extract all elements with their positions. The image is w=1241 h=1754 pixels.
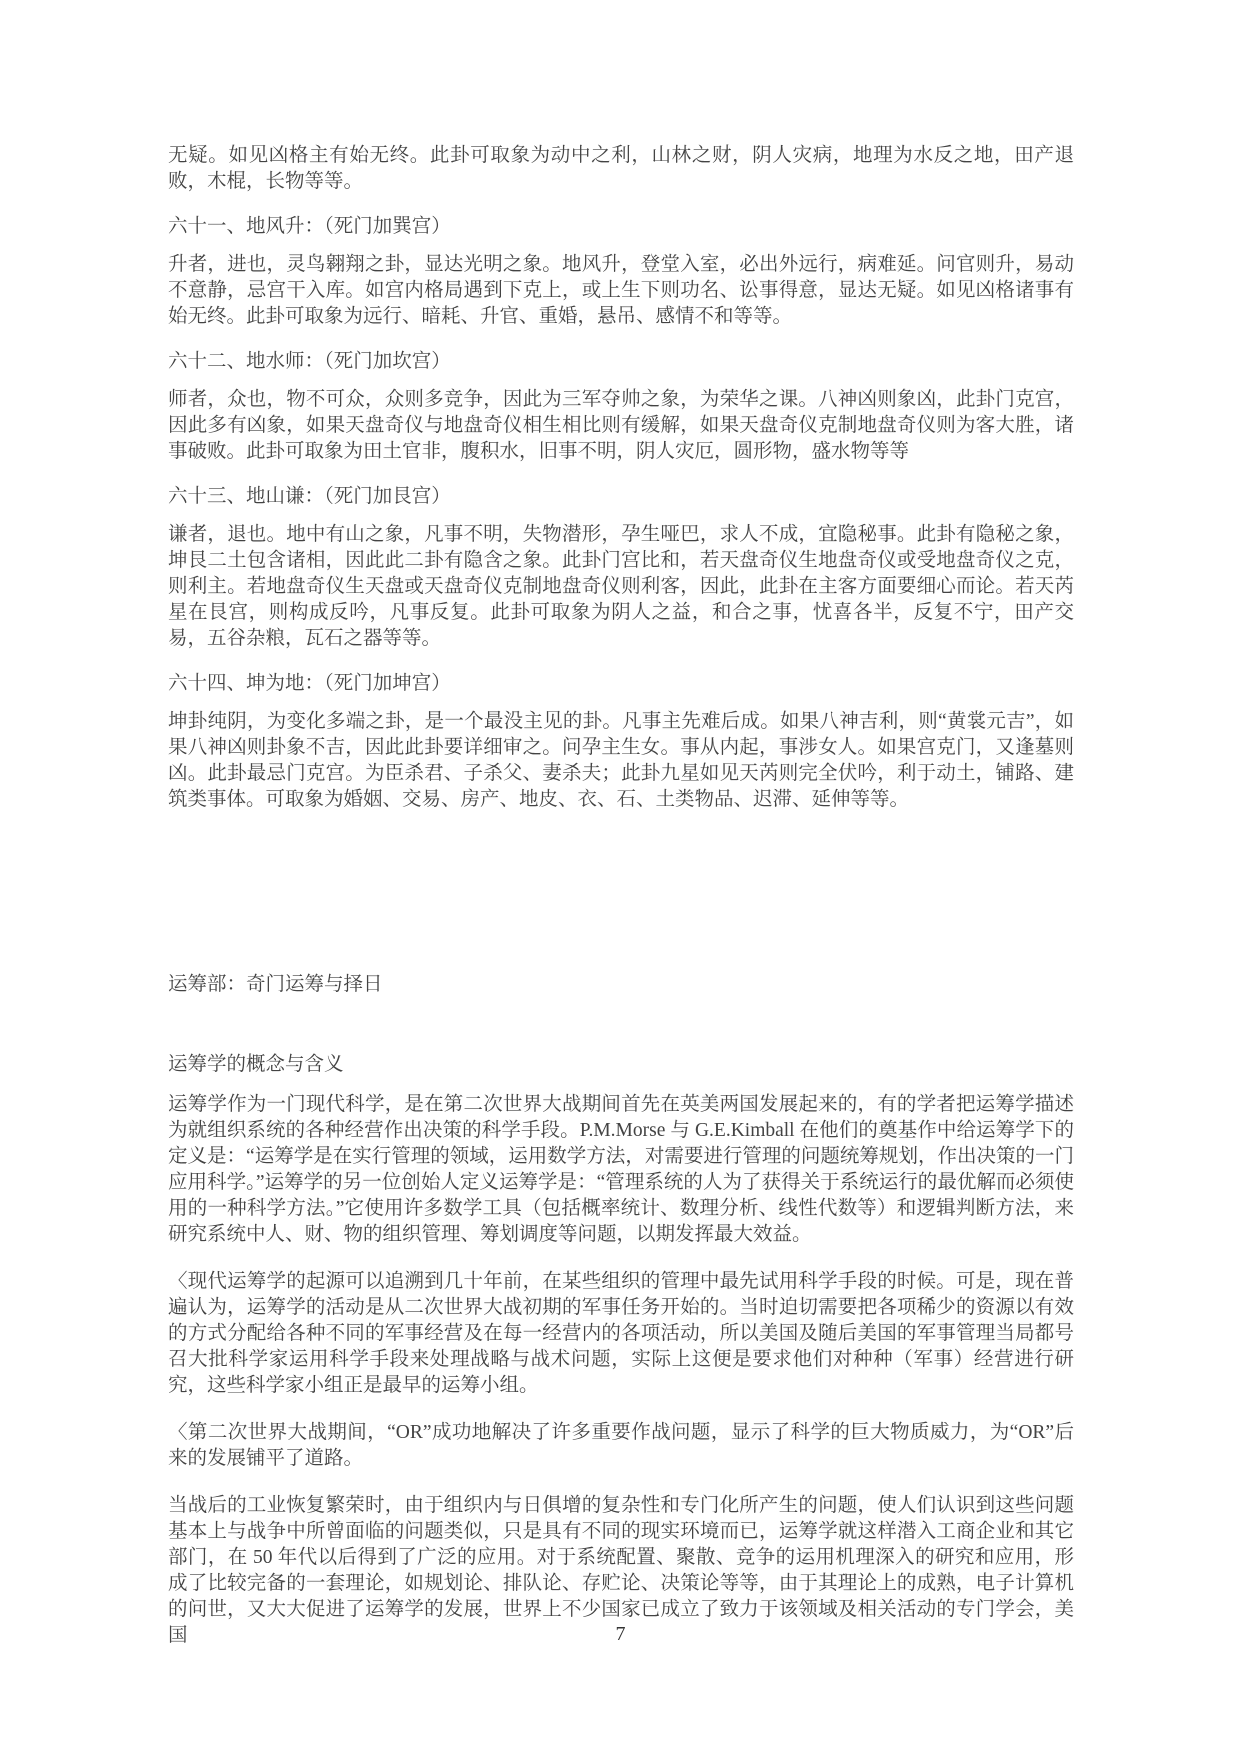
entry-heading-63: 六十三、地山谦：（死门加艮宫）	[168, 484, 1074, 510]
entry-heading-62: 六十二、地水师：（死门加坎宫）	[168, 349, 1074, 375]
entry-body-63: 谦者，退也。地中有山之象，凡事不明，失物潜形，孕生哑巴，求人不成，宜隐秘事。此卦…	[168, 522, 1074, 652]
entry-heading-64: 六十四、坤为地：（死门加坤宫）	[168, 671, 1074, 697]
entry-body-61: 升者，进也，灵鸟翱翔之卦，显达光明之象。地风升，登堂入室，必出外远行，病难延。问…	[168, 252, 1074, 330]
entry-heading-61: 六十一、地风升：（死门加巽宫）	[168, 214, 1074, 240]
part2-paragraph-2: 〈现代运筹学的起源可以追溯到几十年前，在某些组织的管理中最先试用科学手段的时候。…	[168, 1269, 1074, 1399]
part-title: 运筹部：奇门运筹与择日	[168, 972, 1074, 998]
part2-paragraph-1: 运筹学作为一门现代科学，是在第二次世界大战期间首先在英美两国发展起来的，有的学者…	[168, 1092, 1074, 1248]
page-number: 7	[0, 1622, 1241, 1646]
entry-body-64: 坤卦纯阴，为变化多端之卦，是一个最没主见的卦。凡事主先难后成。如果八神吉利，则“…	[168, 709, 1074, 813]
paragraph-continuation: 无疑。如见凶格主有始无终。此卦可取象为动中之利，山林之财，阴人灾病，地理为水反之…	[168, 143, 1074, 195]
entry-body-62: 师者，众也，物不可众，众则多竞争，因此为三军夺帅之象，为荣华之课。八神凶则象凶，…	[168, 387, 1074, 465]
sub-title: 运筹学的概念与含义	[168, 1052, 1074, 1078]
section-gap	[168, 832, 1074, 972]
document-page: 无疑。如见凶格主有始无终。此卦可取象为动中之利，山林之财，阴人灾病，地理为水反之…	[0, 0, 1241, 1754]
part2-paragraph-3: 〈第二次世界大战期间，“OR”成功地解决了许多重要作战问题，显示了科学的巨大物质…	[168, 1420, 1074, 1472]
page-content: 无疑。如见凶格主有始无终。此卦可取象为动中之利，山林之财，阴人灾病，地理为水反之…	[168, 143, 1074, 1670]
